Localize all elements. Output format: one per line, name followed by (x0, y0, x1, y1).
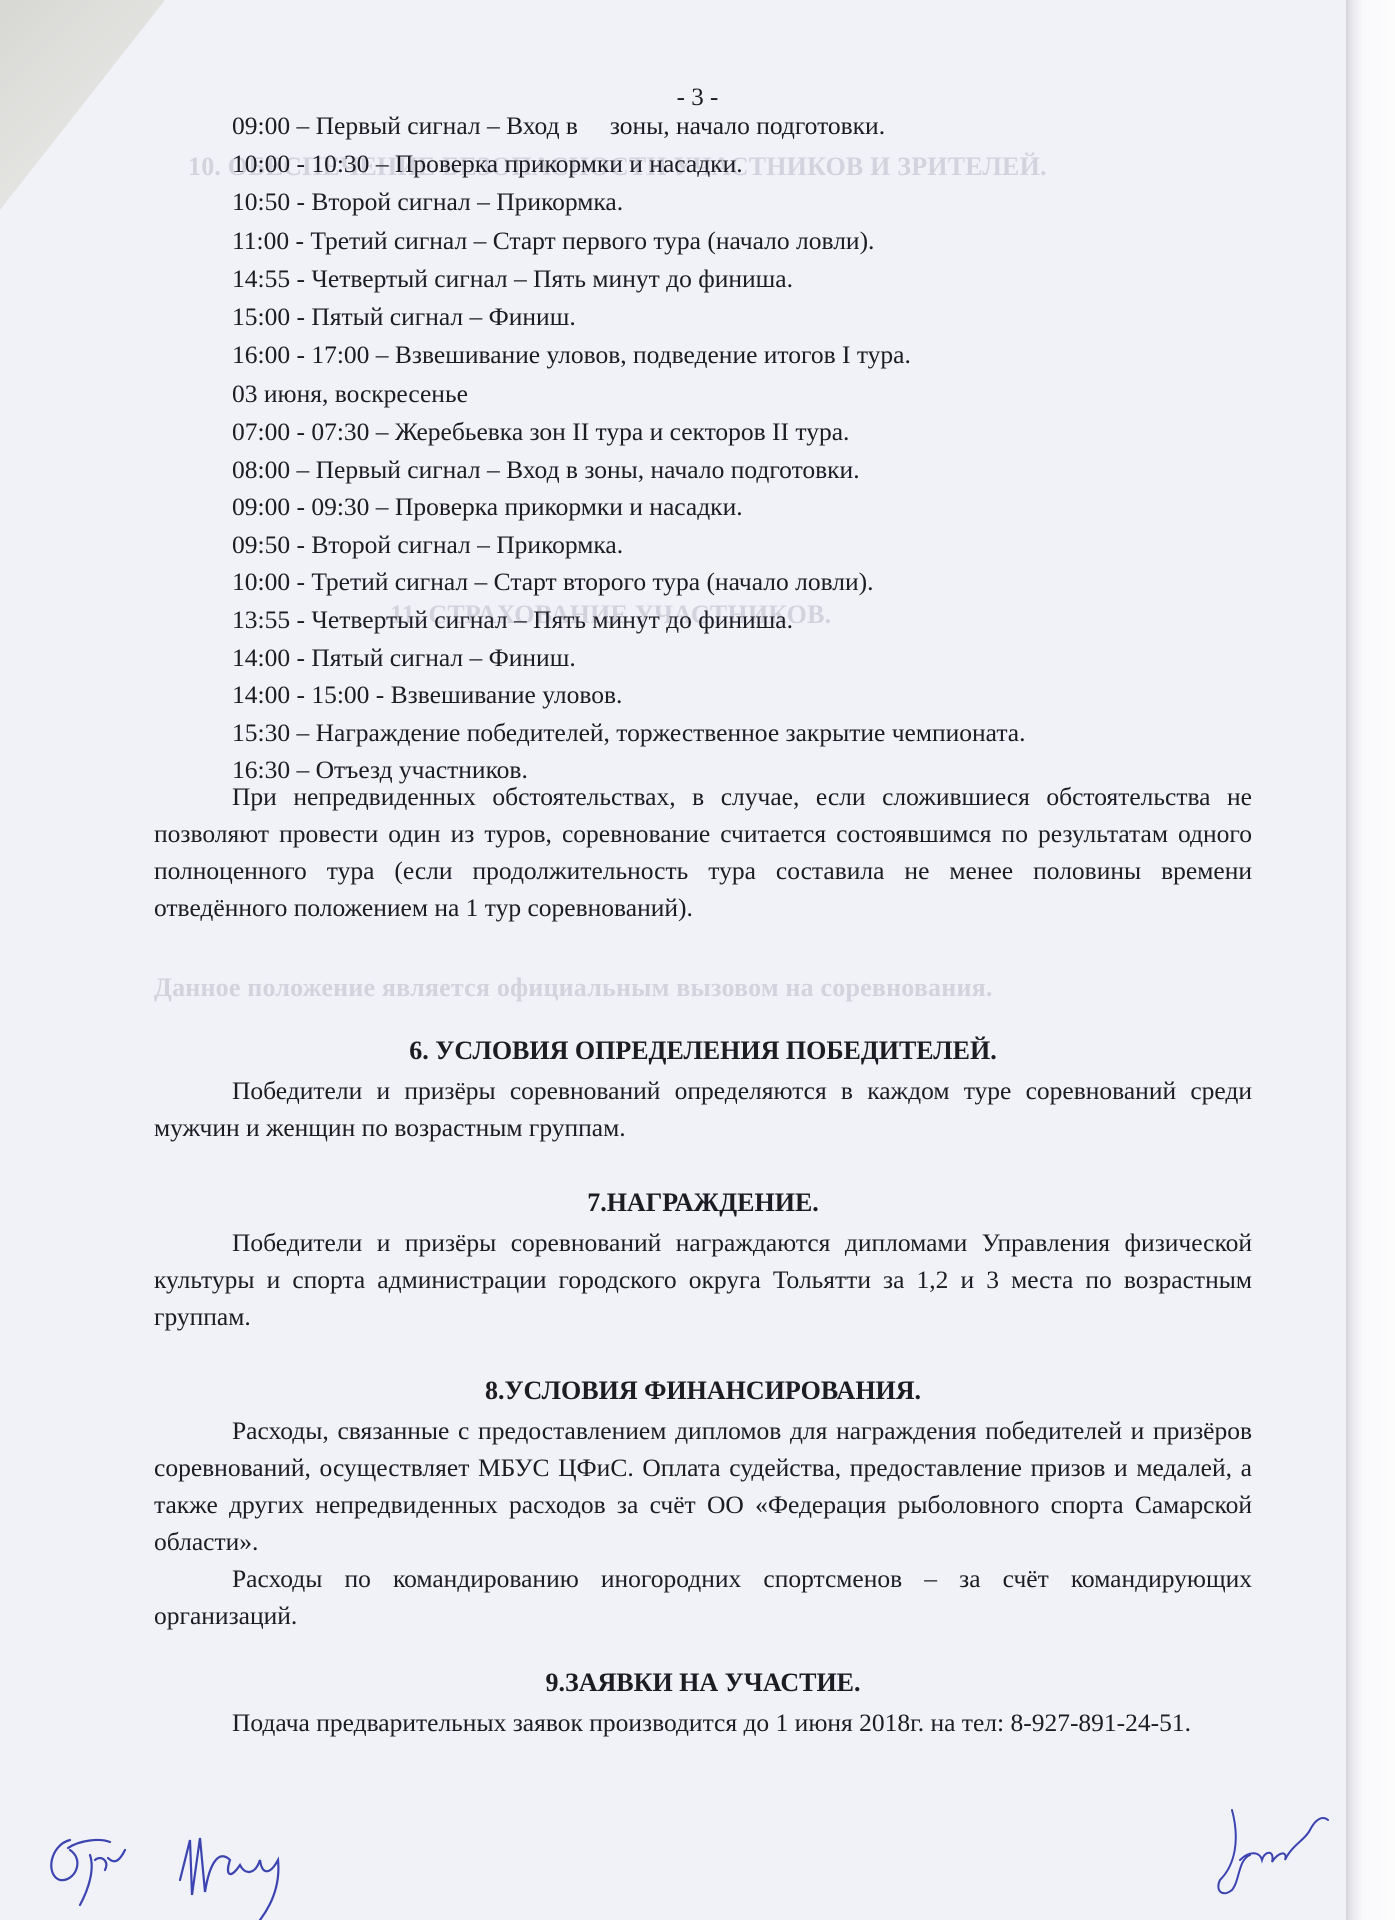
contingency-paragraph: При непредвиденных обстоятельствах, в сл… (154, 778, 1252, 926)
signature-left-icon (40, 1820, 340, 1920)
schedule-item: 08:00 – Первый сигнал – Вход в зоны, нач… (232, 454, 860, 485)
schedule-item: 07:00 - 07:30 – Жеребьевка зон II тура и… (232, 416, 849, 447)
section-8-paragraph-2: Расходы по командированию иногородних сп… (154, 1560, 1252, 1634)
schedule-item: 09:00 - 09:30 – Проверка прикормки и нас… (232, 491, 743, 522)
schedule-item: 14:00 - Пятый сигнал – Финиш. (232, 642, 576, 673)
schedule-item: 15:30 – Награждение победителей, торжест… (232, 717, 1025, 748)
signature-right-icon (1210, 1790, 1340, 1910)
schedule-item: 09:50 - Второй сигнал – Прикормка. (232, 529, 623, 560)
schedule-item: 14:00 - 15:00 - Взвешивание уловов. (232, 679, 622, 710)
schedule-item: 15:00 - Пятый сигнал – Финиш. (232, 301, 576, 332)
schedule-item: 10:50 - Второй сигнал – Прикормка. (232, 186, 623, 217)
schedule-item: 10:00 - 10:30 – Проверка прикормки и нас… (232, 148, 743, 179)
schedule-item: 13:55 - Четвертый сигнал – Пять минут до… (232, 604, 793, 635)
schedule-item: 16:00 - 17:00 – Взвешивание уловов, подв… (232, 339, 911, 370)
day2-label: 03 июня, воскресенье (232, 378, 468, 409)
schedule-item: 14:55 - Четвертый сигнал – Пять минут до… (232, 263, 793, 294)
underlying-sheet-edge (1348, 0, 1395, 1920)
section-heading-7: 7.НАГРАЖДЕНИЕ. (154, 1188, 1252, 1218)
schedule-item: 10:00 - Третий сигнал – Старт второго ту… (232, 566, 874, 597)
section-8-paragraph-1: Расходы, связанные с предоставлением дип… (154, 1412, 1252, 1560)
section-7-paragraph: Победители и призёры соревнований награж… (154, 1224, 1252, 1335)
page-number: - 3 - (0, 84, 1395, 112)
schedule-item: 11:00 - Третий сигнал – Старт первого ту… (232, 225, 874, 256)
section-heading-6: 6. УСЛОВИЯ ОПРЕДЕЛЕНИЯ ПОБЕДИТЕЛЕЙ. (154, 1036, 1252, 1066)
schedule-item: 09:00 – Первый сигнал – Вход в зоны, нач… (232, 110, 885, 141)
section-heading-9: 9.ЗАЯВКИ НА УЧАСТИЕ. (154, 1668, 1252, 1698)
section-9-paragraph: Подача предварительных заявок производит… (154, 1704, 1252, 1741)
section-heading-8: 8.УСЛОВИЯ ФИНАНСИРОВАНИЯ. (154, 1376, 1252, 1406)
section-6-paragraph: Победители и призёры соревнований опреде… (154, 1072, 1252, 1146)
